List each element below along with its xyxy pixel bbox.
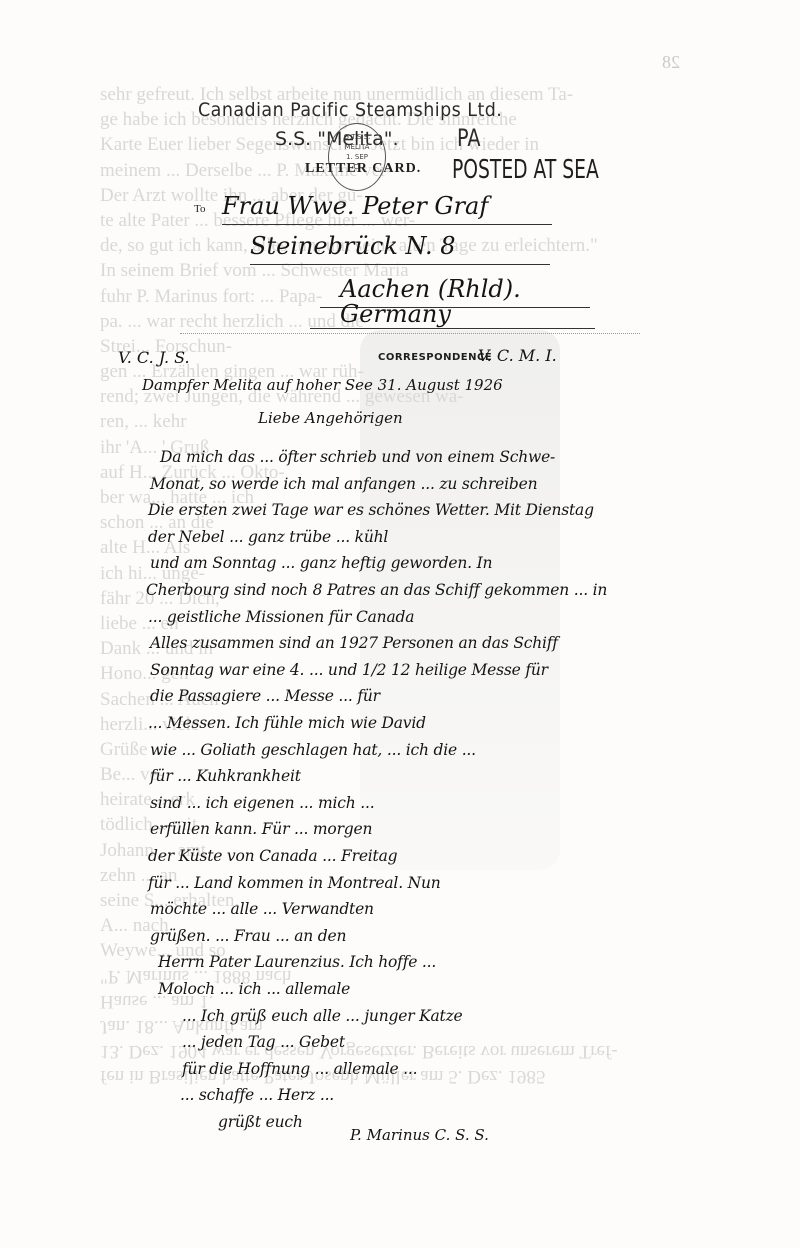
letter-line: Da mich das ... öfter schrieb und von ei… — [160, 448, 555, 466]
letter-line: für ... Kuhkrankheit — [150, 767, 301, 785]
bleed-through-line: ren, ... kehr — [100, 409, 710, 434]
letter-line: sind ... ich eigenen ... mich ... — [150, 794, 374, 812]
letter-line: Moloch ... ich ... allemale — [158, 980, 350, 998]
address-rule — [250, 264, 550, 265]
address-line-recipient: Frau Wwe. Peter Graf — [222, 192, 488, 220]
letter-line: für die Hoffnung ... allemale ... — [182, 1060, 417, 1078]
posted-at-sea-stamp: POSTED AT SEA — [452, 155, 599, 185]
letter-line: für ... Land kommen in Montreal. Nun — [148, 874, 441, 892]
letter-line: Herrn Pater Laurenzius. Ich hoffe ... — [158, 953, 436, 971]
right-initials: V. C. M. I. — [478, 346, 557, 365]
letter-line: die Passagiere ... Messe ... für — [150, 687, 380, 705]
address-line-city: Aachen (Rhld). — [340, 275, 521, 303]
signature: P. Marinus C. S. S. — [350, 1126, 489, 1144]
address-line-street: Steinebrück N. 8 — [250, 232, 456, 260]
salutation: Liebe Angehörigen — [258, 409, 403, 427]
letter-line: und am Sonntag ... ganz heftig geworden.… — [150, 554, 492, 572]
address-rule — [310, 328, 595, 329]
bleed-through-line: Karte Euer lieber Segenswunsch ... Jetzt… — [100, 132, 710, 157]
address-line-country-text: Germany — [340, 300, 451, 328]
shipping-company-name: Canadian Pacific Steamships Ltd. — [198, 99, 502, 121]
letter-line: Monat, so werde ich mal anfangen ... zu … — [150, 475, 537, 493]
letter-line: der Küste von Canada ... Freitag — [148, 847, 397, 865]
letter-line: ... schaffe ... Herz ... — [180, 1086, 334, 1104]
letter-line: Alles zusammen sind an 1927 Personen an … — [150, 634, 558, 652]
dotted-divider — [180, 333, 640, 334]
correspondence-label: CORRESPONDENCE — [378, 352, 492, 363]
partial-stamp: PA — [457, 124, 480, 152]
address-rule — [222, 224, 552, 225]
letter-line: ... Ich grüß euch alle ... junger Katze — [182, 1007, 463, 1025]
letter-line: ... jeden Tag ... Gebet — [182, 1033, 345, 1051]
letter-card-label: LETTER CARD. — [305, 161, 421, 177]
letter-line: ... Messen. Ich fühle mich wie David — [148, 714, 426, 732]
postmark-line: G.T.S.S. — [329, 132, 385, 142]
letter-line: der Nebel ... ganz trübe ... kühl — [148, 528, 388, 546]
letter-line: ... geistliche Missionen für Canada — [148, 608, 414, 626]
letter-line: Sonntag war eine 4. ... und 1/2 12 heili… — [150, 661, 548, 679]
letter-line: erfüllen kann. Für ... morgen — [150, 820, 372, 838]
postmark-stamp: G.T.S.S. MELITA 1. SEP C. — [328, 123, 386, 191]
letter-line: grüßt euch — [218, 1113, 303, 1131]
to-label: To — [194, 203, 205, 215]
letter-line: Die ersten zwei Tage war es schönes Wett… — [148, 501, 594, 519]
left-initials: V. C. J. S. — [118, 348, 190, 367]
dateline: Dampfer Melita auf hoher See 31. August … — [142, 376, 503, 394]
postmark-line: MELITA — [329, 142, 385, 152]
letter-line: möchte ... alle ... Verwandten — [150, 900, 374, 918]
page-number: 28 — [662, 52, 680, 73]
letter-line: wie ... Goliath geschlagen hat, ... ich … — [150, 741, 476, 759]
letter-line: grüßen. ... Frau ... an den — [150, 927, 346, 945]
letter-line: Cherbourg sind noch 8 Patres an das Schi… — [146, 581, 607, 599]
